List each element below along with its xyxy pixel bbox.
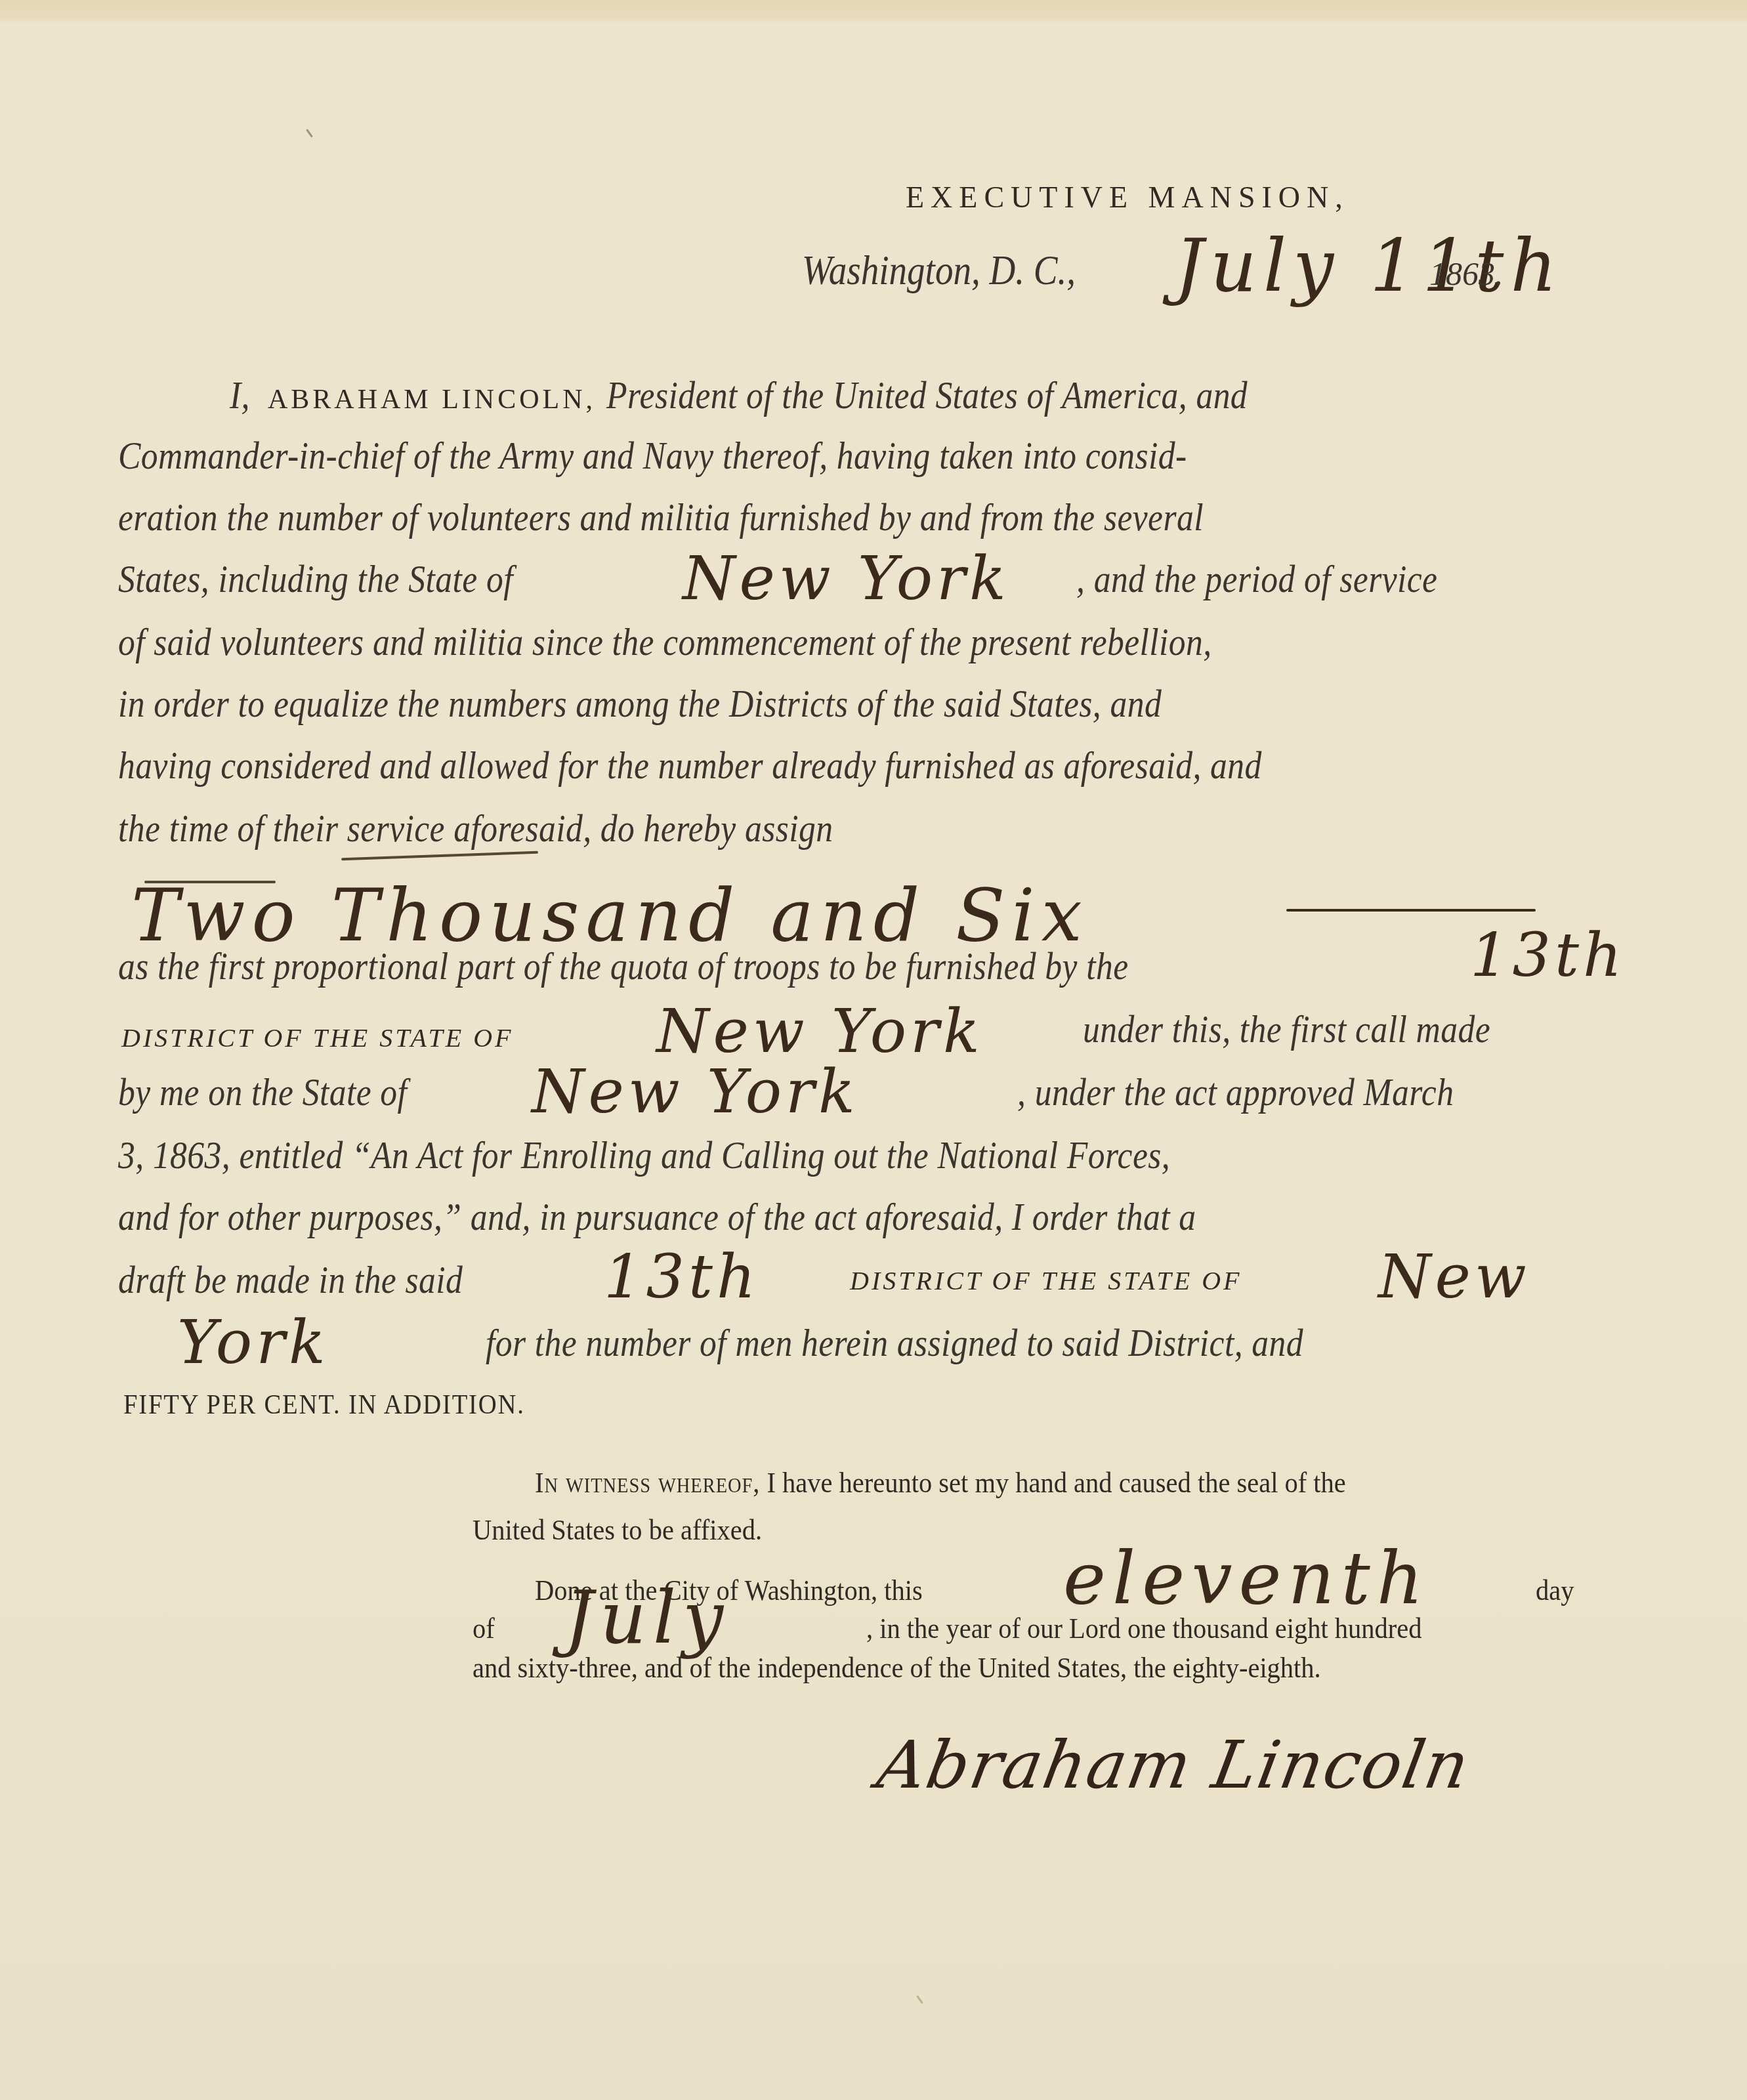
body-text: President of the United States of Americ… bbox=[606, 375, 1248, 415]
signature: Abraham Lincoln bbox=[873, 1732, 1475, 1798]
ink-stroke-under-service bbox=[341, 851, 538, 860]
witness-smallcaps: In witness whereof, bbox=[535, 1467, 760, 1499]
document-page: EXECUTIVE MANSION, Washington, D. C., Ju… bbox=[0, 0, 1747, 2100]
body-line-6: in order to equalize the numbers among t… bbox=[118, 684, 1162, 723]
dateline-place: Washington, D. C., bbox=[802, 249, 1076, 291]
dateline-handwritten-date: July 11th bbox=[1175, 230, 1563, 302]
district-caps-2: DISTRICT OF THE STATE OF bbox=[850, 1268, 1242, 1294]
paper-speck bbox=[916, 1995, 923, 2004]
witness-text: I have hereunto set my hand and caused t… bbox=[767, 1467, 1345, 1499]
quota-number-fill: Two Thousand and Six bbox=[131, 879, 1089, 952]
dateline-year: 1863. bbox=[1429, 257, 1504, 290]
initial-I: I, bbox=[230, 375, 250, 415]
body-line-2: Commander-in-chief of the Army and Navy … bbox=[118, 436, 1187, 475]
state-fill-2: New York bbox=[656, 1001, 984, 1062]
year-line: , in the year of our Lord one thousand e… bbox=[866, 1614, 1421, 1643]
witness-line-2: United States to be affixed. bbox=[473, 1516, 762, 1545]
witness-line-1: In witness whereof, I have hereunto set … bbox=[535, 1469, 1346, 1498]
district-caps-1: DISTRICT OF THE STATE OF bbox=[121, 1025, 514, 1051]
president-name: ABRAHAM LINCOLN, bbox=[268, 385, 596, 415]
body-line-4-pre: States, including the State of bbox=[118, 559, 513, 598]
state-fill-3: New York bbox=[532, 1062, 859, 1122]
body-line-12-pre: by me on the State of bbox=[118, 1072, 407, 1112]
fifty-per-cent-line: FIFTY PER CENT. IN ADDITION. bbox=[123, 1391, 525, 1419]
body-line-1: I, ABRAHAM LINCOLN, President of the Uni… bbox=[230, 375, 1352, 415]
day-fill: eleventh bbox=[1063, 1542, 1430, 1614]
body-line-12-post: , under the act approved March bbox=[1017, 1072, 1454, 1112]
state-fill-4a: New bbox=[1378, 1247, 1530, 1307]
body-line-14: and for other purposes,” and, in pursuan… bbox=[118, 1197, 1196, 1236]
day-word: day bbox=[1536, 1576, 1574, 1605]
letterhead-title: EXECUTIVE MANSION, bbox=[906, 182, 1349, 213]
body-line-5: of said volunteers and militia since the… bbox=[118, 622, 1212, 661]
ink-stroke-over-two bbox=[144, 881, 276, 883]
body-line-4-post: , and the period of service bbox=[1076, 559, 1437, 598]
state-fill-4b: York bbox=[177, 1312, 329, 1373]
of-word: of bbox=[473, 1614, 495, 1643]
paper-speck bbox=[306, 129, 312, 137]
district-number-fill-1: 13th bbox=[1470, 925, 1626, 986]
body-line-3: eration the number of volunteers and mil… bbox=[118, 497, 1204, 537]
body-line-11-post: under this, the first call made bbox=[1083, 1009, 1490, 1049]
independence-line: and sixty-three, and of the independence… bbox=[473, 1654, 1321, 1683]
quota-blank-rule bbox=[1286, 909, 1536, 912]
month-fill: July bbox=[564, 1582, 730, 1654]
district-number-fill-2: 13th bbox=[604, 1247, 759, 1307]
body-line-13: 3, 1863, entitled “An Act for Enrolling … bbox=[118, 1135, 1170, 1175]
body-line-8: the time of their service aforesaid, do … bbox=[118, 808, 833, 848]
body-line-16-post: for the number of men herein assigned to… bbox=[486, 1323, 1303, 1362]
body-line-7: having considered and allowed for the nu… bbox=[118, 745, 1262, 785]
body-line-10-pre: as the first proportional part of the qu… bbox=[118, 946, 1129, 986]
body-line-15-pre: draft be made in the said bbox=[118, 1260, 463, 1299]
state-fill-1: New York bbox=[683, 549, 1010, 609]
